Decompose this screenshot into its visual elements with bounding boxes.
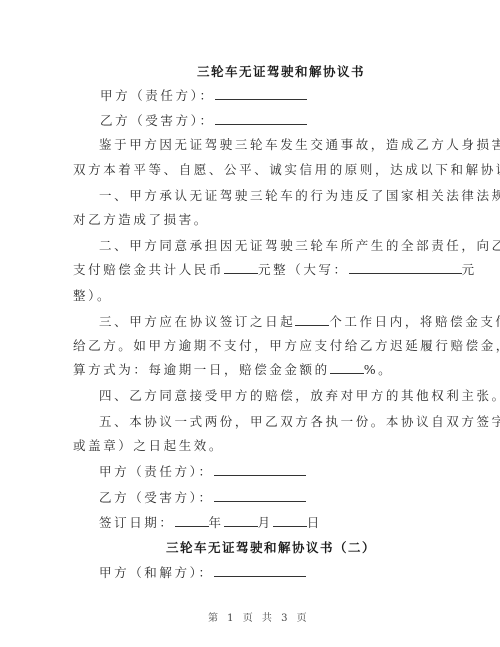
clause-1-line-2: 对乙方造成了损害。 [73,212,209,228]
clause-3-line-3: 算方式为：每逾期一日，赔偿金金额的%。 [73,362,393,378]
clause-5-line-1: 五、本协议一式两份，甲乙双方各执一份。本协议自双方签字（ [99,414,500,430]
clause-5-line-2: 或盖章）之日起生效。 [73,438,224,454]
party-b-field[interactable] [215,113,307,125]
sign-party-a-field[interactable] [214,464,306,476]
page-footer: 第 1 页 共 3 页 [208,611,310,627]
sign-day-field[interactable] [273,515,307,527]
clause-2-line-3: 整）。 [73,288,112,304]
party-a-row: 甲方（责任方）： [100,88,307,104]
party-b-label: 乙方（受害方）： [100,113,215,128]
sign-month-field[interactable] [224,515,258,527]
sign-party-a-row: 甲方（责任方）： [99,464,306,480]
clause-2-text-a: 支付赔偿金共计人民币 [73,262,224,277]
sign-date-row: 签订日期：年月日 [99,515,322,531]
preamble-line-1: 鉴于甲方因无证驾驶三轮车发生交通事故，造成乙方人身损害， [99,137,500,153]
party-a-label: 甲方（责任方）： [100,88,215,103]
document-title: 三轮车无证驾驶和解协议书 [197,64,365,80]
month-label: 月 [258,515,273,530]
clause-3-text-d: %。 [364,362,394,377]
clause-3-line-2: 给乙方。如甲方逾期不支付，甲方应支付给乙方迟延履行赔偿金，计 [73,338,500,354]
title2-party-a-field[interactable] [214,565,306,577]
sign-year-field[interactable] [175,515,209,527]
clause-2-text-b: 元整（大写： [258,262,349,277]
clause-3-text-b: 个工作日内，将赔偿金支付 [329,314,500,329]
clause-2-line-1: 二、甲方同意承担因无证驾驶三轮车所产生的全部责任，向乙方 [99,238,500,254]
clause-3-text-a: 三、甲方应在协议签订之日起 [99,314,295,329]
document-title-2: 三轮车无证驾驶和解协议书（二） [166,540,376,556]
sign-party-b-label: 乙方（受害方）： [99,490,214,505]
workdays-field[interactable] [295,314,329,326]
sign-party-b-row: 乙方（受害方）： [99,490,306,506]
sign-party-b-field[interactable] [214,490,306,502]
year-label: 年 [209,515,224,530]
title2-party-a-label: 甲方（和解方）： [99,565,214,580]
clause-4: 四、乙方同意接受甲方的赔偿，放弃对甲方的其他权利主张。 [99,388,500,404]
penalty-rate-field[interactable] [330,362,364,374]
party-b-row: 乙方（受害方）： [100,113,307,129]
sign-party-a-label: 甲方（责任方）： [99,464,214,479]
day-label: 日 [307,515,322,530]
clause-3-line-1: 三、甲方应在协议签订之日起个工作日内，将赔偿金支付 [99,314,500,330]
title2-party-a-row: 甲方（和解方）： [99,565,306,581]
party-a-field[interactable] [215,88,307,100]
preamble-line-2: 双方本着平等、自愿、公平、诚实信用的原则，达成以下和解协议： [73,162,500,178]
clause-2-line-2: 支付赔偿金共计人民币元整（大写：元 [73,262,477,278]
clause-2-text-c: 元 [462,262,477,277]
amount-field[interactable] [224,262,258,274]
clause-1-line-1: 一、甲方承认无证驾驶三轮车的行为违反了国家相关法律法规， [99,188,500,204]
amount-uppercase-field[interactable] [349,262,462,274]
clause-3-text-c: 算方式为：每逾期一日，赔偿金金额的 [73,362,330,377]
sign-date-label: 签订日期： [99,515,175,530]
